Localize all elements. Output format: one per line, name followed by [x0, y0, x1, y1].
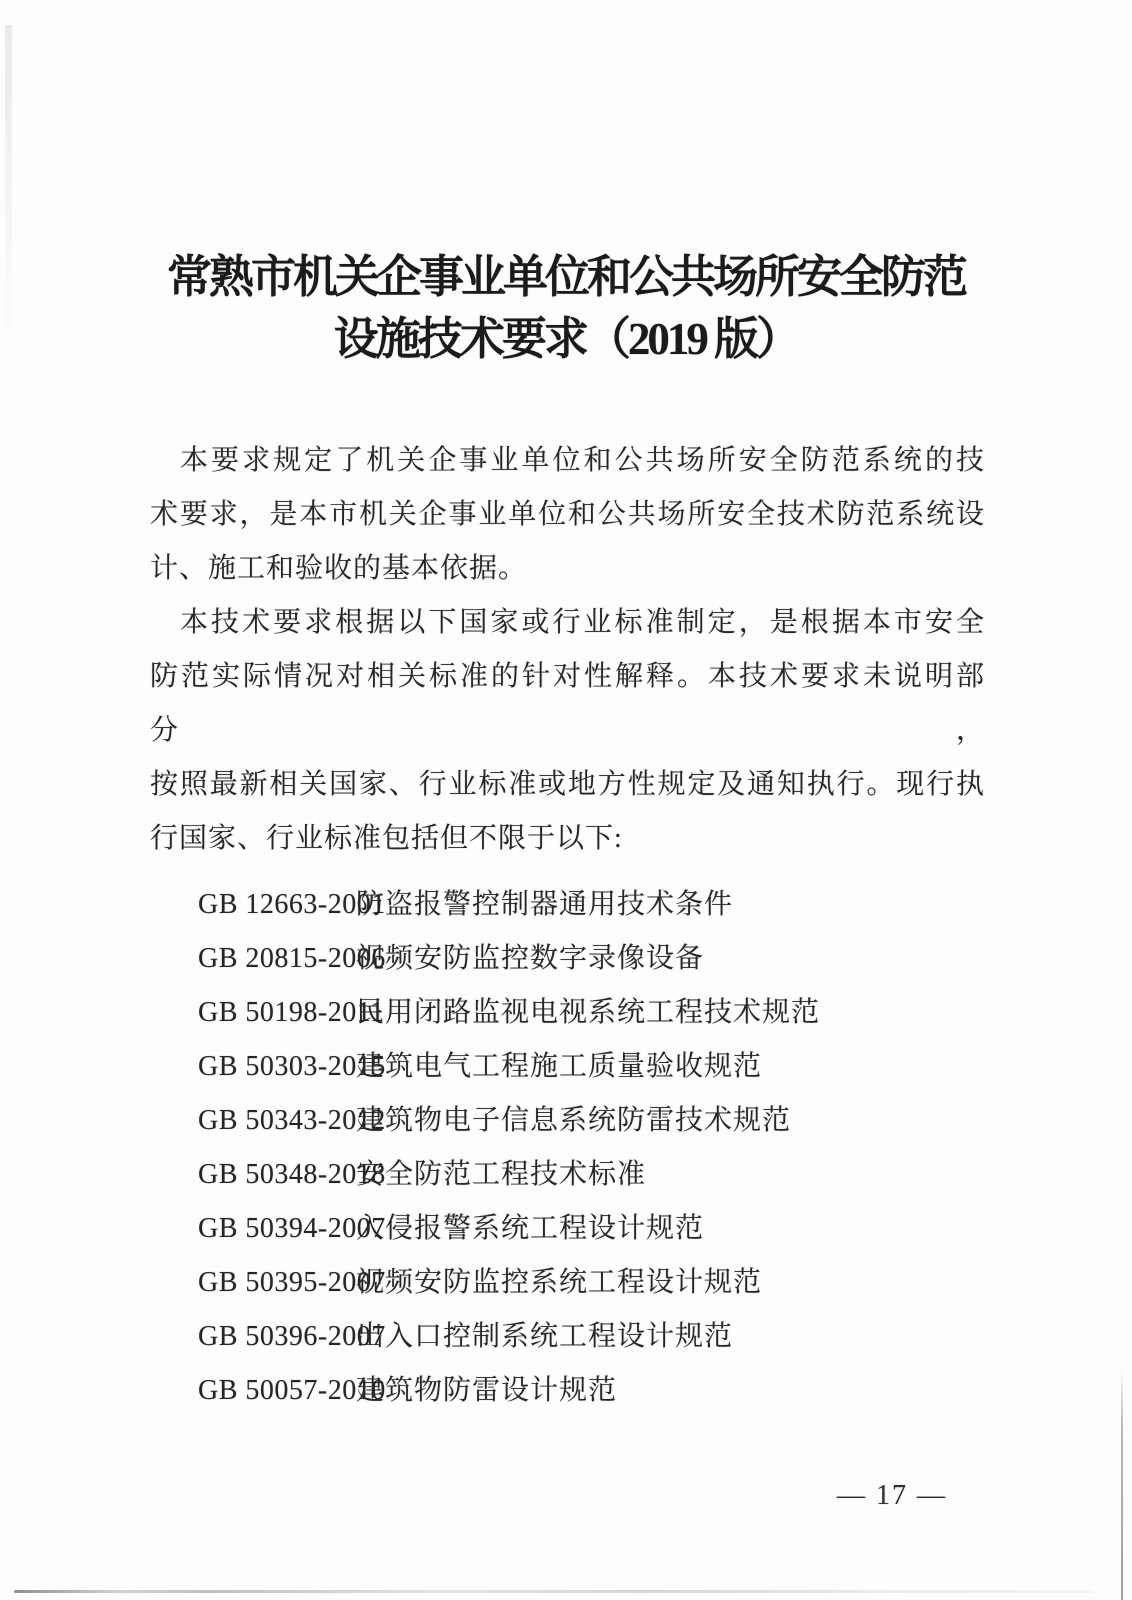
standard-code: GB 50198-2011 — [198, 986, 356, 1040]
scan-artifact-bottom-edge — [14, 1590, 1094, 1593]
body-text: 本要求规定了机关企事业单位和公共场所安全防范系统的技 术要求，是本市机关企事业单… — [150, 434, 985, 866]
standard-name: 建筑物防雷设计规范 — [356, 1375, 617, 1406]
standard-name: 安全防范工程技术标准 — [356, 1159, 646, 1190]
standard-name: 建筑物电子信息系统防雷技术规范 — [356, 1105, 791, 1136]
standard-item: GB 50395-2007视频安防监控系统工程设计规范 — [198, 1256, 1132, 1310]
standard-name: 视频安防监控系统工程设计规范 — [356, 1267, 762, 1298]
standard-item: GB 20815-2006视频安防监控数字录像设备 — [198, 932, 1132, 986]
paragraph-2-line-4: 行国家、行业标准包括但不限于以下: — [150, 812, 985, 866]
standard-code: GB 50348-2018 — [198, 1148, 356, 1202]
standard-item: GB 50396-2007出入口控制系统工程设计规范 — [198, 1310, 1132, 1364]
scan-artifact-left-edge — [5, 25, 12, 360]
document-title: 常熟市机关企事业单位和公共场所安全防范 设施技术要求（2019 版） — [0, 0, 1132, 370]
standard-name: 入侵报警系统工程设计规范 — [356, 1213, 704, 1244]
standard-code: GB 50303-2015 — [198, 1040, 356, 1094]
paragraph-2-line-3: 按照最新相关国家、行业标准或地方性规定及通知执行。现行执 — [150, 758, 985, 812]
paragraph-1-line-2: 术要求，是本市机关企事业单位和公共场所安全技术防范系统设 — [150, 488, 985, 542]
standard-item: GB 50057-2010建筑物防雷设计规范 — [198, 1364, 1132, 1418]
paragraph-2-line-2: 防范实际情况对相关标准的针对性解释。本技术要求未说明部分， — [150, 650, 985, 758]
standard-name: 出入口控制系统工程设计规范 — [356, 1321, 733, 1352]
standard-item: GB 50343-2012建筑物电子信息系统防雷技术规范 — [198, 1094, 1132, 1148]
scan-artifact-right-edge — [1121, 1368, 1123, 1600]
standard-item: GB 12663-2001防盗报警控制器通用技术条件 — [198, 878, 1132, 932]
page-number: — 17 — — [0, 1480, 1132, 1512]
standard-item: GB 50348-2018安全防范工程技术标准 — [198, 1148, 1132, 1202]
standard-name: 民用闭路监视电视系统工程技术规范 — [356, 997, 820, 1028]
paragraph-1-line-1: 本要求规定了机关企事业单位和公共场所安全防范系统的技 — [150, 434, 985, 488]
standard-code: GB 50343-2012 — [198, 1094, 356, 1148]
paragraph-1-line-3: 计、施工和验收的基本依据。 — [150, 542, 985, 596]
standard-name: 视频安防监控数字录像设备 — [356, 943, 704, 974]
standard-item: GB 50303-2015建筑电气工程施工质量验收规范 — [198, 1040, 1132, 1094]
standard-name: 防盗报警控制器通用技术条件 — [356, 889, 733, 920]
standards-list: GB 12663-2001防盗报警控制器通用技术条件 GB 20815-2006… — [198, 878, 1132, 1418]
standard-code: GB 12663-2001 — [198, 878, 356, 932]
scanned-document-page: 常熟市机关企事业单位和公共场所安全防范 设施技术要求（2019 版） 本要求规定… — [0, 0, 1132, 1600]
standard-code: GB 50057-2010 — [198, 1364, 356, 1418]
paragraph-2-line-1: 本技术要求根据以下国家或行业标准制定，是根据本市安全 — [150, 596, 985, 650]
standard-item: GB 50394-2007入侵报警系统工程设计规范 — [198, 1202, 1132, 1256]
document-title-line-1: 常熟市机关企事业单位和公共场所安全防范 — [0, 246, 1132, 308]
standard-item: GB 50198-2011民用闭路监视电视系统工程技术规范 — [198, 986, 1132, 1040]
standard-code: GB 50396-2007 — [198, 1310, 356, 1364]
document-title-line-2: 设施技术要求（2019 版） — [0, 308, 1132, 370]
standard-code: GB 20815-2006 — [198, 932, 356, 986]
standard-code: GB 50394-2007 — [198, 1202, 356, 1256]
standard-name: 建筑电气工程施工质量验收规范 — [356, 1051, 762, 1082]
standard-code: GB 50395-2007 — [198, 1256, 356, 1310]
